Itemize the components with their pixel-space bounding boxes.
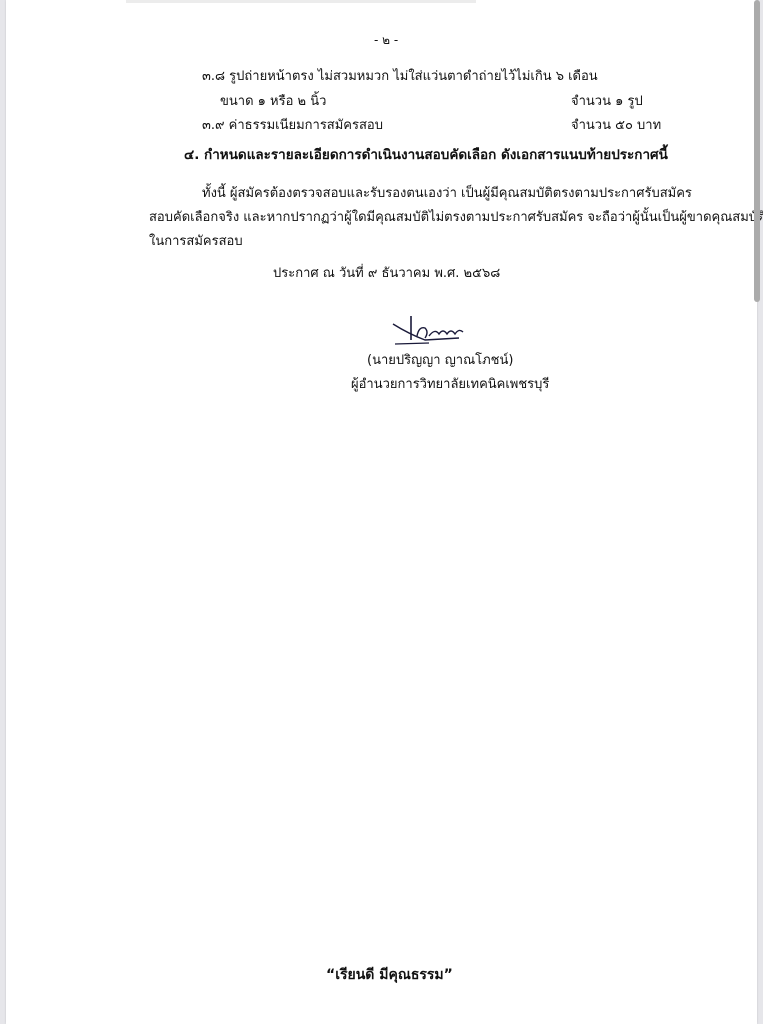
- document-page: - ๒ - ๓.๘ รูปถ่ายหน้าตรง ไม่สวมหมวก ไม่ใ…: [6, 0, 757, 1024]
- signer-position: ผู้อำนวยการวิทยาลัยเทคนิคเพชรบุรี: [351, 378, 549, 391]
- section-4-heading: ๔. กำหนดและรายละเอียดการดำเนินงานสอบคัดเ…: [184, 149, 668, 163]
- scrollbar-thumb[interactable]: [754, 0, 760, 302]
- paragraph-line-3: ในการสมัครสอบ: [149, 235, 243, 248]
- signature-image: [389, 314, 469, 352]
- motto-footer: “เรียนดี มีคุณธรรม”: [326, 968, 453, 982]
- paragraph-line-2: สอบคัดเลือกจริง และหากปรากฏว่าผู้ใดมีคุณ…: [149, 211, 763, 224]
- previous-page-remnant: [126, 0, 476, 3]
- item-3-8-quantity: จำนวน ๑ รูป: [571, 95, 643, 108]
- signer-name: (นายปริญญา ญาณโภชน์): [367, 354, 513, 367]
- item-3-9-text: ๓.๙ ค่าธรรมเนียมการสมัครสอบ: [202, 119, 383, 132]
- item-3-8-size: ขนาด ๑ หรือ ๒ นิ้ว: [220, 95, 326, 108]
- item-3-9-amount: จำนวน ๕๐ บาท: [571, 119, 661, 132]
- item-3-8-text: ๓.๘ รูปถ่ายหน้าตรง ไม่สวมหมวก ไม่ใส่แว่น…: [202, 70, 598, 83]
- announcement-date: ประกาศ ณ วันที่ ๙ ธันวาคม พ.ศ. ๒๕๖๘: [273, 267, 500, 280]
- paragraph-line-1: ทั้งนี้ ผู้สมัครต้องตรวจสอบและรับรองตนเอ…: [202, 187, 692, 200]
- page-number: - ๒ -: [374, 34, 398, 46]
